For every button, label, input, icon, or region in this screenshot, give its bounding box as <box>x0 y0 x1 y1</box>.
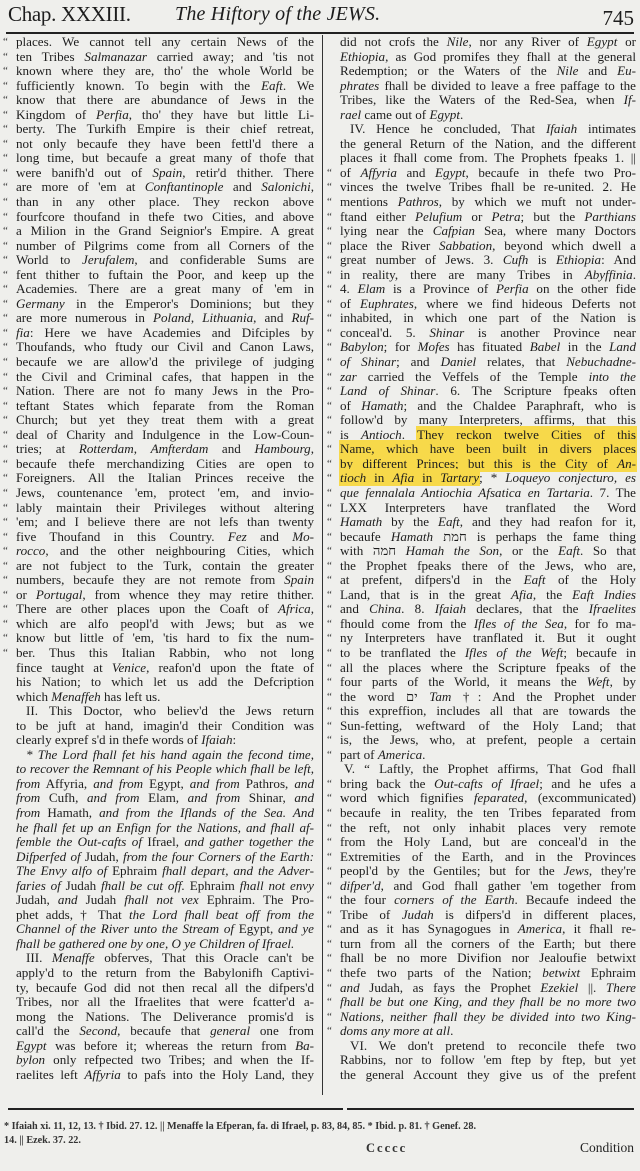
text-line: mong the Nations. The Deliverance promis… <box>16 1010 314 1025</box>
text-line: bylon only refpected two Tribes; and whe… <box>16 1053 314 1068</box>
text-line: deal of Charity and Indulgence in the Lo… <box>16 428 314 443</box>
book-page: Chap. XXXIII. The Hiftory of the JEWS. 7… <box>0 0 640 1171</box>
text-columns: places. We cannot tell any certain News … <box>0 35 640 1105</box>
text-line: * The Lord fhall fet his hand again the … <box>16 748 314 763</box>
text-line: inhabited, in which one part of the Nati… <box>340 311 636 326</box>
text-line: than in any other place. They reckon abo… <box>16 195 314 210</box>
text-line: ftand either Pelufium or Petra; but the … <box>340 210 636 225</box>
text-line: the four corners of the Earth. Becaufe i… <box>340 893 636 908</box>
text-line: Church; but yet they treat them with a g… <box>16 413 314 428</box>
text-line: There are other places upon the Coaft of… <box>16 602 314 617</box>
text-line: 'em; and I believe there are not lefs th… <box>16 515 314 530</box>
text-line: the Prophet fpeaks there of the Jews, wh… <box>340 559 636 574</box>
text-line: know but little of 'em, 'tis hard to fix… <box>16 631 314 646</box>
text-line: femble the Out-cafts of Ifrael, and gath… <box>16 835 314 850</box>
footnote-line-2: 14. || Ezek. 37. 22. <box>4 1134 636 1148</box>
text-line: Sun-fetting, weftward of the Holy Land; … <box>340 719 636 734</box>
text-line: call'd the Second, becaufe that general … <box>16 1024 314 1039</box>
text-line: fhall be no more Divifion nor Jealoufie … <box>340 951 636 966</box>
text-line: Academies. There are a great many of 'em… <box>16 282 314 297</box>
text-line: fince taught at Venice, reafon'd upon th… <box>16 661 314 676</box>
text-line: in reality, there are many Tribes in Aby… <box>340 268 636 283</box>
highlighted-text: Name, which have been built in divers pl… <box>340 441 636 456</box>
text-line: berty. The Turkifh Empire is their chief… <box>16 122 314 137</box>
footnote-line-1: * Ifaiah xi. 11, 12, 13. † Ibid. 27. 12.… <box>4 1120 636 1134</box>
text-line: faries of Judah fhall be cut off. Ephrai… <box>16 879 314 894</box>
text-line: a Milion in the Grand Seignior's Empire.… <box>16 224 314 239</box>
text-line: the reft, not only inhabit places very r… <box>340 821 636 836</box>
text-line: Difperfed of Judah, from the four Corner… <box>16 850 314 865</box>
signature-mark: Ccccc <box>366 1141 407 1156</box>
text-line: fia: Here we have Academies and Difciple… <box>16 326 314 341</box>
text-line: part of America. <box>340 748 636 763</box>
text-line: II. This Doctor, who believ'd the Jews r… <box>16 704 314 719</box>
text-line: place the River Sabbation, beyond which … <box>340 239 636 254</box>
text-line: with חמה Hamah the Son, or the Eaft. So … <box>340 544 636 559</box>
text-line: ber. Thus this Italian Rabbin, who not l… <box>16 646 314 661</box>
text-line: and Judah, as fays the Prophet Ezekiel |… <box>340 981 636 996</box>
text-line: doms any more at all. <box>340 1024 636 1039</box>
text-line: ny Interpreters have tranflated it. But … <box>340 631 636 646</box>
text-line: to be tranflated the Ifles of the Weft; … <box>340 646 636 661</box>
text-line: Tribe of Judah is difpers'd in different… <box>340 908 636 923</box>
text-line: Extremities of the Earth, and in the Pro… <box>340 850 636 865</box>
text-line: peopl'd by the Gentiles; but for the Jew… <box>340 864 636 879</box>
highlighted-text: by different Princes; but this is the Ci… <box>340 456 636 471</box>
text-line: Rabbins, nor to follow 'em ftep by ftep,… <box>340 1053 636 1068</box>
text-line: four parts of the World, it means the We… <box>340 675 636 690</box>
text-line: vinces the twelve Tribes fhall be re-uni… <box>340 180 636 195</box>
chapter-label: Chap. XXXIII. <box>8 2 131 27</box>
text-line: he fhall fet up an Enfign for the Nation… <box>16 821 314 836</box>
text-line: Nations, neither fhall they be divided i… <box>340 1010 636 1025</box>
text-line: lying near the Cafpian Sea, where many D… <box>340 224 636 239</box>
text-line: Ethiopia, as God promifes they fhall at … <box>340 50 636 65</box>
text-line: Foreigners. All the Italian Princes rece… <box>16 471 314 486</box>
text-line: tioch in Afia in Tartary; * Loqueyo conj… <box>340 471 636 486</box>
page-number: 745 <box>603 6 635 31</box>
text-line: Name, which have been built in divers pl… <box>340 442 636 457</box>
text-line: follow'd by many Interpreters, affirms, … <box>340 413 636 428</box>
text-line: to be juft at hand, imagin'd their Condi… <box>16 719 314 734</box>
text-line: of Euphrates, where we find hideous Defe… <box>340 297 636 312</box>
text-line: fufficiently known. To begin with the Ea… <box>16 79 314 94</box>
text-line: Germany in the Emperor's Dominions; but … <box>16 297 314 312</box>
text-line: fent thither to fuftain the Poor, and ke… <box>16 268 314 283</box>
text-line: clearly expref s'd in thefe words of Ifa… <box>16 733 314 748</box>
text-line: were banifh'd out of Spain, retir'd thit… <box>16 166 314 181</box>
text-line: fhall be gathered one by one, O ye Child… <box>16 937 314 952</box>
text-line: Jews, countenance 'em, protect 'em, and … <box>16 486 314 501</box>
text-line: difper'd, and God fhall gather 'em toget… <box>340 879 636 894</box>
text-line: Land, that is in the great Afia, the Eaf… <box>340 588 636 603</box>
text-line: all the places where the Scripture fpeak… <box>340 661 636 676</box>
text-line: Channel of the River unto the Stream of … <box>16 922 314 937</box>
text-line: and China. 8. Ifaiah declares, that the … <box>340 602 636 617</box>
text-line: World to Jerufalem, and confiderable Sum… <box>16 253 314 268</box>
running-title: The Hiftory of the JEWS. <box>175 3 380 26</box>
right-column: did not crofs the Nile, nor any River of… <box>340 35 636 1082</box>
footnotes: * Ifaiah xi. 11, 12, 13. † Ibid. 27. 12.… <box>4 1120 636 1148</box>
running-header: Chap. XXXIII. The Hiftory of the JEWS. 7… <box>6 0 634 34</box>
text-line: number of Pilgrims come from all Corners… <box>16 239 314 254</box>
text-line: the Civil and Criminal cafes, that happe… <box>16 370 314 385</box>
text-line: teftant States which feparate from the R… <box>16 399 314 414</box>
text-line: Nation. There are not fo many Jews in th… <box>16 384 314 399</box>
text-line: did not crofs the Nile, nor any River of… <box>340 35 636 50</box>
text-line: thefe two parts of the Nation; betwixt E… <box>340 966 636 981</box>
text-line: Kingdom of Perfia, tho' they have but li… <box>16 108 314 123</box>
text-line: Egypt was before it; whereas the return … <box>16 1039 314 1054</box>
text-line: Thoufands, who ftudy our Civil and Canon… <box>16 340 314 355</box>
text-line: 4. Elam is a Province of Perfia on the o… <box>340 282 636 297</box>
text-line: five Thoufand in this Country. Fez and M… <box>16 530 314 545</box>
highlighted-text: They reckon twelve Cities of this <box>417 427 636 442</box>
text-line: Babylon; for Mofes has fituated Babel in… <box>340 340 636 355</box>
text-line: becaufe Hamath חמת is perhaps the fame t… <box>340 530 636 545</box>
text-line: bring back the Out-cafts of Ifrael; and … <box>340 777 636 792</box>
text-line: Tribes, nor all the Ifraelites that were… <box>16 995 314 1010</box>
text-line: known where they are, tho' the whole Wor… <box>16 64 314 79</box>
text-line: numbers, becaufe they are not remote fro… <box>16 573 314 588</box>
text-line: are more of 'em at Conftantinople and Sa… <box>16 180 314 195</box>
text-line: que fennalala Antiochia Afsatica en Tart… <box>340 486 636 501</box>
catchword: Condition <box>580 1140 634 1156</box>
text-line: becaufe in reality, the ten Tribes fepar… <box>340 806 636 821</box>
text-line: his Nation; to which let us add the Defc… <box>16 675 314 690</box>
text-line: VI. We don't pretend to reconcile thefe … <box>340 1039 636 1054</box>
highlighted-text: tioch in Afia in Tartary <box>340 470 479 485</box>
text-line: raelites left Affyria to pafs into the H… <box>16 1068 314 1083</box>
text-line: from Affyria, and from Egypt, and from P… <box>16 777 314 792</box>
text-line: V. “ Laftly, the Prophet affirms, That G… <box>340 762 636 777</box>
text-line: know that there are abundance of Jews in… <box>16 93 314 108</box>
text-line: rael came out of Egypt. <box>340 108 636 123</box>
text-line: from the Holy Land, but are conceal'd in… <box>340 835 636 850</box>
footnote-rule <box>8 1108 634 1110</box>
text-line: Land of Shinar. 6. The Scripture fpeaks … <box>340 384 636 399</box>
text-line: rocco, and the other neighbouring Cities… <box>16 544 314 559</box>
text-line: Hamath by the Eaft, and they had reafon … <box>340 515 636 530</box>
column-divider <box>322 35 323 1095</box>
text-line: to recover the Remnant of his People whi… <box>16 762 314 777</box>
text-line: the word ים Tam †: And the Prophet under <box>340 690 636 705</box>
text-line: fhould come from the Ifles of the Sea, f… <box>340 617 636 632</box>
text-line: which Menaffeh has left us. <box>16 690 314 705</box>
text-line: the general Return of the Nation, and th… <box>340 137 636 152</box>
text-line: lably maintain their Privileges without … <box>16 501 314 516</box>
text-line: of Shinar; and Daniel relates, that Nebu… <box>340 355 636 370</box>
text-line: tries; at Rotterdam, Amfterdam and Hambo… <box>16 442 314 457</box>
text-line: Judah, and Judah fhall not vex Ephraim. … <box>16 893 314 908</box>
text-line: this expreffion, includes all that are t… <box>340 704 636 719</box>
text-line: Tribes, like the Waters of the Red-Sea, … <box>340 93 636 108</box>
text-line: the general Account they give us of the … <box>340 1068 636 1083</box>
text-line: or Portugal, from whence they may retire… <box>16 588 314 603</box>
text-line: places. We cannot tell any certain News … <box>16 35 314 50</box>
text-line: IV. Hence he concluded, That Ifaiah inti… <box>340 122 636 137</box>
text-line: The Envy alfo of Ephraim fhall depart, a… <box>16 864 314 879</box>
text-line: not only becaufe they have been fettl'd … <box>16 137 314 152</box>
text-line: great number of Jews. 3. Cufh is Ethiopi… <box>340 253 636 268</box>
text-line: III. Menaffe obferves, That this Oracle … <box>16 951 314 966</box>
text-line: are not fubject to the Turk, contain the… <box>16 559 314 574</box>
text-line: and as it has Synagogues in America, it … <box>340 922 636 937</box>
left-column: places. We cannot tell any certain News … <box>16 35 314 1082</box>
text-line: mentions Pathros, by which we muft not u… <box>340 195 636 210</box>
text-line: which are alfo peopl'd with Jews; but as… <box>16 617 314 632</box>
text-line: at prefent, difpers'd in the Eaft of the… <box>340 573 636 588</box>
text-line: is, the Jews, who, at prefent, people a … <box>340 733 636 748</box>
text-line: of Affyria and Egypt, becaufe in thefe t… <box>340 166 636 181</box>
text-line: word which fignifies feparated, (excommu… <box>340 791 636 806</box>
text-line: apply'd to the return from the Babylonif… <box>16 966 314 981</box>
text-line: places it fhall come from. The Prophets … <box>340 151 636 166</box>
text-line: becaufe thefe merchandizing Cities are o… <box>16 457 314 472</box>
footnote-rule-gap <box>343 1106 347 1112</box>
text-line: becaufe we are allow'd the privilege of … <box>16 355 314 370</box>
text-line: long time, but becaufe a great many of t… <box>16 151 314 166</box>
text-line: fhall be but one King, and they fhall be… <box>340 995 636 1010</box>
text-line: ten Tribes Salmanazar carried away; and … <box>16 50 314 65</box>
text-line: phet adds, † That the Lord fhall beat of… <box>16 908 314 923</box>
text-line: from Hamath, and from the Iflands of the… <box>16 806 314 821</box>
text-line: zar carried the Veffels of the Temple in… <box>340 370 636 385</box>
text-line: fourfcore thoufand in thefe two Cities, … <box>16 210 314 225</box>
text-line: of Hamath; and the Chaldee Paraphraft, w… <box>340 399 636 414</box>
text-line: Redemption; or the Waters of the Nile an… <box>340 64 636 79</box>
text-line: ty, becaufe God did not then recal all t… <box>16 981 314 996</box>
text-line: are more numerous in Poland, Lithuania, … <box>16 311 314 326</box>
text-line: from Cufh, and from Elam, and from Shina… <box>16 791 314 806</box>
text-line: turn from all the corners of the Earth; … <box>340 937 636 952</box>
text-line: LXX Interpreters have tranflated the Wor… <box>340 501 636 516</box>
text-line: phrates fhall be divided to leave a free… <box>340 79 636 94</box>
text-line: conceal'd. 5. Shinar is another Province… <box>340 326 636 341</box>
